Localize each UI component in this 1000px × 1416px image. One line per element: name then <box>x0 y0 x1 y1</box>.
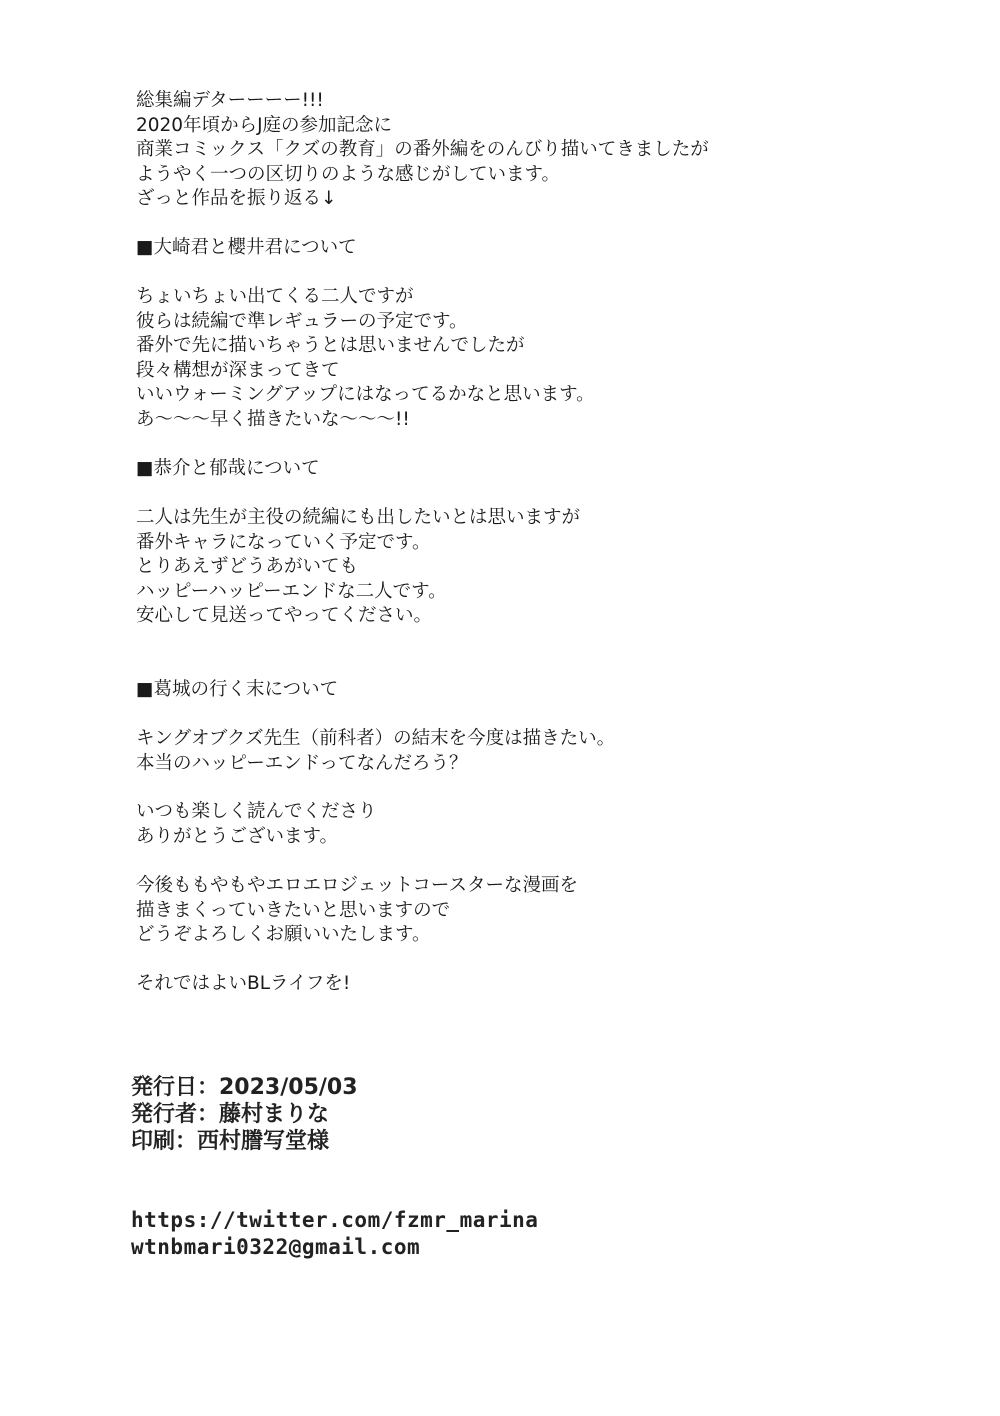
section-kyosuke-ikuya: ■恭介と郁哉について <box>136 457 320 482</box>
publication-date: 発行日：2023/05/03 <box>131 1074 358 1101</box>
intro-line: 2020年頃からJ庭の参加記念に <box>136 114 709 139</box>
body-line: キングオブクズ先生（前科者）の結末を今度は描きたい。 <box>136 727 615 752</box>
section-heading: ■大崎君と櫻井君について <box>136 236 357 261</box>
body-line: あ〜〜〜早く描きたいな〜〜〜!! <box>136 408 595 433</box>
body-line: それではよいBLライフを! <box>136 972 350 997</box>
body-line: ハッピーハッピーエンドな二人です。 <box>136 580 580 605</box>
body-line: 段々構想が深まってきて <box>136 359 595 384</box>
section-heading: ■葛城の行く末について <box>136 678 338 703</box>
body-line: どうぞよろしくお願いいたします。 <box>136 923 578 948</box>
body-line: 番外で先に描いちゃうとは思いませんでしたが <box>136 334 595 359</box>
twitter-url: https://twitter.com/fzmr_marina <box>131 1207 538 1234</box>
section-kyosuke-ikuya-body: 二人は先生が主役の続編にも出したいとは思いますが 番外キャラになっていく予定です… <box>136 506 580 629</box>
body-line: 彼らは続編で準レギュラーの予定です。 <box>136 310 595 335</box>
printer: 印刷：西村謄写堂様 <box>131 1128 358 1155</box>
body-line: 本当のハッピーエンドってなんだろう？ <box>136 752 615 777</box>
intro-paragraph: 総集編デターーーー!!! 2020年頃からJ庭の参加記念に 商業コミックス「クズ… <box>136 89 709 212</box>
closing-paragraph-3: それではよいBLライフを! <box>136 972 350 997</box>
section-heading: ■恭介と郁哉について <box>136 457 320 482</box>
contact-info: https://twitter.com/fzmr_marina wtnbmari… <box>131 1207 538 1261</box>
intro-line: ざっと作品を振り返る↓ <box>136 187 709 212</box>
body-line: ありがとうございます。 <box>136 825 377 850</box>
colophon: 発行日：2023/05/03 発行者：藤村まりな 印刷：西村謄写堂様 <box>131 1074 358 1155</box>
afterword-page: 総集編デターーーー!!! 2020年頃からJ庭の参加記念に 商業コミックス「クズ… <box>0 0 1000 1416</box>
intro-line: 総集編デターーーー!!! <box>136 89 709 114</box>
publisher: 発行者：藤村まりな <box>131 1101 358 1128</box>
body-line: いいウォーミングアップにはなってるかなと思います。 <box>136 383 595 408</box>
body-line: とりあえずどうあがいても <box>136 555 580 580</box>
body-line: 描きまくっていきたいと思いますので <box>136 899 578 924</box>
email-address: wtnbmari0322@gmail.com <box>131 1234 538 1261</box>
section-osaki-sakurai-body: ちょいちょい出てくる二人ですが 彼らは続編で準レギュラーの予定です。 番外で先に… <box>136 285 595 433</box>
closing-paragraph-1: いつも楽しく読んでくださり ありがとうございます。 <box>136 800 377 849</box>
body-line: いつも楽しく読んでくださり <box>136 800 377 825</box>
body-line: 安心して見送ってやってください。 <box>136 604 580 629</box>
intro-line: ようやく一つの区切りのような感じがしています。 <box>136 163 709 188</box>
intro-line: 商業コミックス「クズの教育」の番外編をのんびり描いてきましたが <box>136 138 709 163</box>
section-osaki-sakurai: ■大崎君と櫻井君について <box>136 236 357 261</box>
section-katsuragi: ■葛城の行く末について <box>136 678 338 703</box>
body-line: ちょいちょい出てくる二人ですが <box>136 285 595 310</box>
closing-paragraph-2: 今後ももやもやエロエロジェットコースターな漫画を 描きまくっていきたいと思います… <box>136 874 578 948</box>
body-line: 二人は先生が主役の続編にも出したいとは思いますが <box>136 506 580 531</box>
section-katsuragi-body: キングオブクズ先生（前科者）の結末を今度は描きたい。 本当のハッピーエンドってな… <box>136 727 615 776</box>
body-line: 番外キャラになっていく予定です。 <box>136 531 580 556</box>
body-line: 今後ももやもやエロエロジェットコースターな漫画を <box>136 874 578 899</box>
